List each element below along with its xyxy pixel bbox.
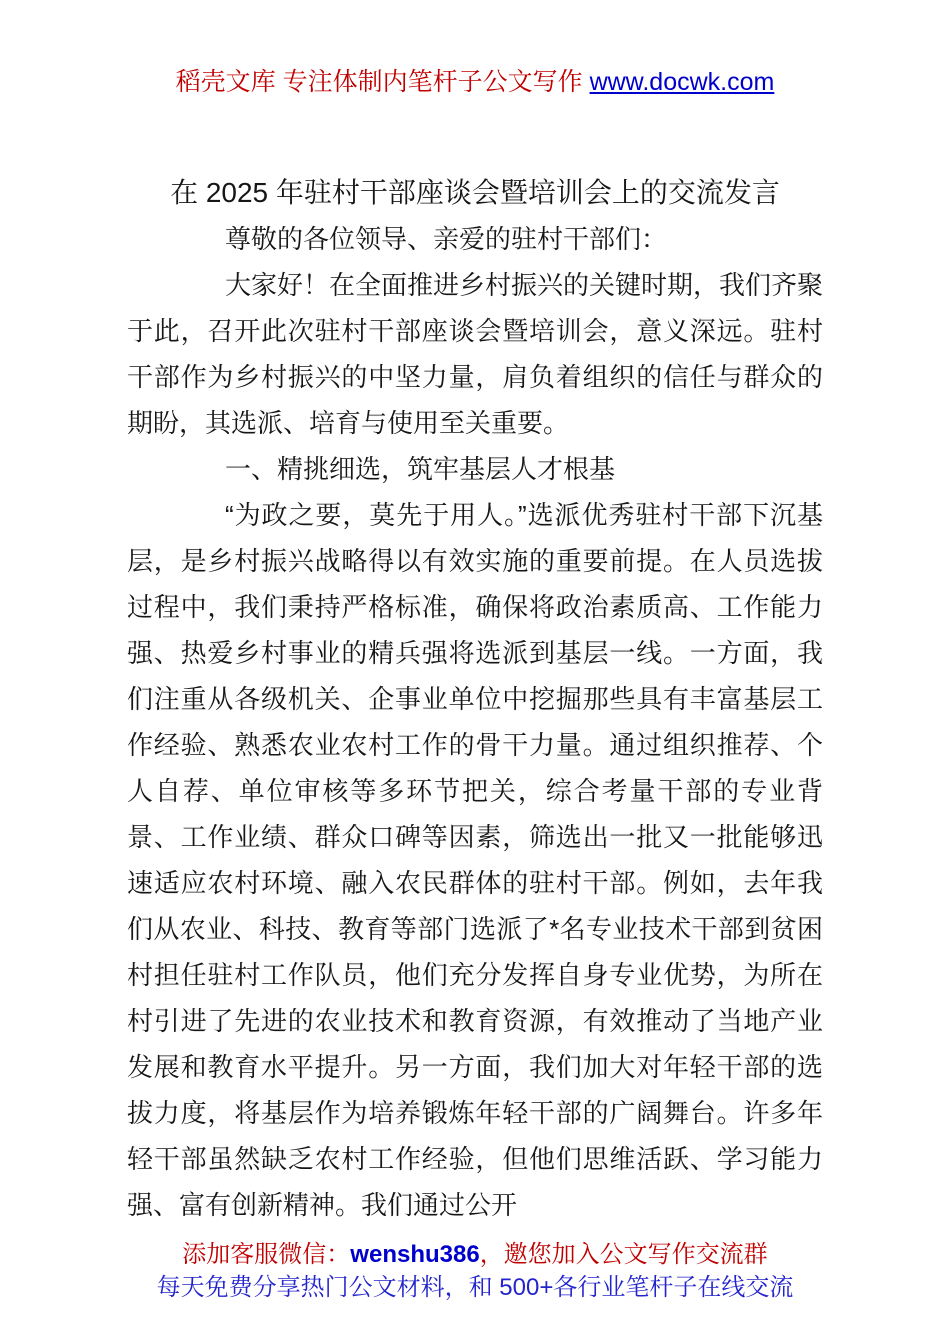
site-header: 稻壳文库 专注体制内笔杆子公文写作 www.docwk.com — [0, 68, 950, 96]
footer-line-2: 每天免费分享热门公文材料，和 500+各行业笔杆子在线交流 — [0, 1271, 950, 1304]
opening-paragraph: 大家好！在全面推进乡村振兴的关键时期，我们齐聚于此，召开此次驻村干部座谈会暨培训… — [127, 262, 823, 446]
footer-wechat-label: 添加客服微信： — [182, 1241, 350, 1268]
header-brand-text: 稻壳文库 专注体制内笔杆子公文写作 — [176, 68, 590, 96]
document-page: { "colors": { "header_brand_red": "#c000… — [0, 0, 950, 1344]
promo-footer: 添加客服微信：wenshu386，邀您加入公文写作交流群 每天免费分享热门公文材… — [0, 1238, 950, 1304]
greeting-paragraph: 尊敬的各位领导、亲爱的驻村干部们： — [127, 216, 823, 262]
header-site-link[interactable]: www.docwk.com — [590, 68, 775, 96]
footer-wechat-id: wenshu386 — [350, 1241, 479, 1268]
section-heading: 一、精挑细选，筑牢基层人才根基 — [127, 446, 823, 492]
footer-line-1: 添加客服微信：wenshu386，邀您加入公文写作交流群 — [0, 1238, 950, 1271]
document-title: 在 2025 年驻村干部座谈会暨培训会上的交流发言 — [127, 170, 823, 216]
footer-line1-suffix: ，邀您加入公文写作交流群 — [480, 1241, 768, 1268]
document-content: 在 2025 年驻村干部座谈会暨培训会上的交流发言 尊敬的各位领导、亲爱的驻村干… — [127, 170, 823, 1228]
section-body-paragraph: “为政之要，莫先于用人。”选派优秀驻村干部下沉基层，是乡村振兴战略得以有效实施的… — [127, 492, 823, 1228]
